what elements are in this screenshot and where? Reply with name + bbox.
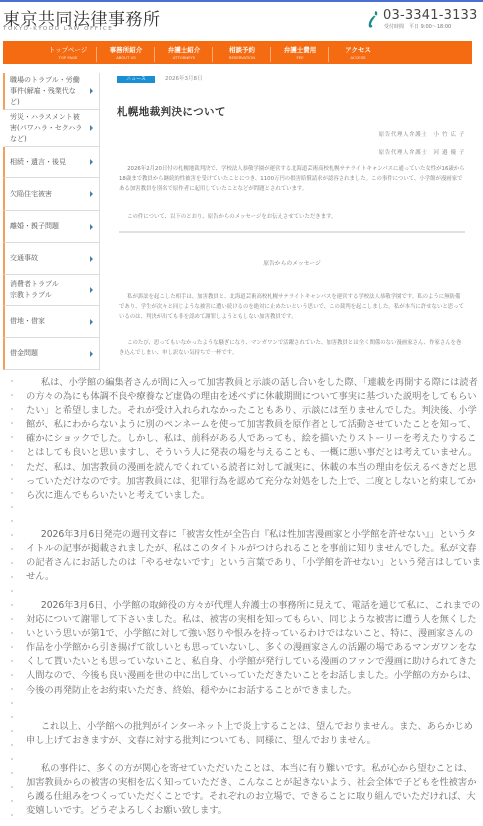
sidebar-item-divorce[interactable]: 離婚・親子問題 [3, 211, 100, 243]
sidebar-item-label: 交通事故 [10, 253, 38, 264]
nav-label: 弁護士費用 [271, 45, 329, 55]
sidebar-item-label: 借金問題 [10, 348, 38, 359]
post-date: 2026年3月8日 [165, 76, 203, 83]
sidebar-item-lease[interactable]: 借地・借家 [3, 306, 100, 338]
intro-paragraph: この件について、以下のとおり、原告からのメッセージをお伝えさせていただきます。 [119, 212, 465, 222]
sidebar-item-labor[interactable]: 職場のトラブル・労働事件(解雇・残業代など) [3, 73, 100, 110]
practice-area-sidebar: 職場のトラブル・労働事件(解雇・残業代など) 労災・ハラスメント被害(パワハラ・… [3, 73, 100, 370]
nav-label: トップページ [39, 45, 97, 55]
sidebar-item-inheritance[interactable]: 相続・遺言・後見 [3, 147, 100, 178]
enlarged-message-paragraph: 私は、小学館の編集者さんが間に入って加害教員と示談の話し合いをした際、「連載を再… [26, 376, 481, 503]
site-logo-subtitle: TOKYO-KYODO LAW OFFICE [3, 26, 113, 32]
nav-reservation[interactable]: 相談予約 RESERVATION [213, 45, 271, 61]
chevron-right-icon [90, 319, 93, 325]
enlarged-message-paragraph: 私の事件に、多くの方が関心を寄せていただいたことは、本当に有り難いです。私が心か… [26, 762, 481, 818]
phone-hours: 受付時間 平日 9:00〜18:00 [384, 23, 451, 30]
chevron-right-icon [90, 256, 93, 262]
enlarged-message-paragraph: 2026年3月6日発売の週刊文春に「被害女性が全告白『私は性加害漫画家と小学館を… [26, 528, 481, 584]
nav-sublabel: RESERVATION [213, 55, 271, 61]
enlarged-message-paragraph: 2026年3月6日、小学館の取締役の方々が代理人弁護士の事務所に見えて、電話を通… [26, 599, 481, 698]
sidebar-item-consumer-trouble[interactable]: 消費者トラブル宗教トラブル [3, 275, 100, 306]
nav-sublabel: TOP PAGE [39, 55, 97, 61]
divider [119, 231, 465, 233]
chevron-right-icon [90, 125, 93, 131]
nav-top-page[interactable]: トップページ TOP PAGE [39, 45, 97, 61]
nav-access[interactable]: アクセス ACCESS [329, 45, 387, 61]
nav-label: 相談予約 [213, 45, 271, 55]
sidebar-item-label: 欠陥住宅被害 [10, 189, 52, 200]
intro-paragraph: 2026年2月20日付の札幌地裁判決で、学校法人恭敬学園が運営する北海道芸術高校… [119, 164, 465, 194]
phone-icon [368, 10, 378, 28]
chevron-right-icon [90, 351, 93, 357]
nav-label: アクセス [329, 45, 387, 55]
sidebar-item-label: 借地・借家 [10, 316, 45, 327]
chevron-right-icon [90, 159, 93, 165]
message-heading: 原告からのメッセージ [117, 258, 467, 267]
category-badge[interactable]: ニュース [117, 76, 155, 83]
chevron-right-icon [90, 287, 93, 293]
chevron-right-icon [90, 224, 93, 230]
nav-attorneys[interactable]: 弁護士紹介 ATTORNEYS [155, 45, 213, 61]
sidebar-item-harassment[interactable]: 労災・ハラスメント被害(パワハラ・セクハラなど) [3, 110, 100, 147]
nav-about-us[interactable]: 事務所紹介 ABOUT US [97, 45, 155, 61]
nav-sublabel: ACCESS [329, 55, 387, 61]
sidebar-item-label: 消費者トラブル宗教トラブル [10, 279, 64, 301]
sidebar-item-label: 職場のトラブル・労働事件(解雇・残業代など) [10, 75, 85, 108]
nav-fee[interactable]: 弁護士費用 FEE [271, 45, 329, 61]
site-header: 東京共同法律事務所 TOKYO-KYODO LAW OFFICE 03-3341… [0, 2, 483, 38]
nav-sublabel: FEE [271, 55, 329, 61]
sidebar-item-label: 相続・遺言・後見 [10, 157, 66, 168]
signatory: 原告代理人弁護士 河 邉 優 子 [379, 148, 465, 156]
sidebar-item-label: 離婚・親子問題 [10, 221, 59, 232]
sidebar-item-label: 労災・ハラスメント被害(パワハラ・セクハラなど) [10, 112, 85, 145]
enlarged-message-paragraph: これ以上、小学館への批判がインターネット上で炎上することは、望んでおりません。ま… [26, 720, 481, 748]
sidebar-item-traffic-accident[interactable]: 交通事故 [3, 243, 100, 275]
sidebar-item-debt[interactable]: 借金問題 [3, 338, 100, 370]
signatory: 原告代理人弁護士 小 竹 広 子 [379, 130, 465, 138]
nav-label: 事務所紹介 [97, 45, 155, 55]
message-paragraph: このたび、思ってもいなかったような騒ぎになり、マンガワンで活躍されていた、加害教… [119, 338, 465, 358]
main-nav: トップページ TOP PAGE 事務所紹介 ABOUT US 弁護士紹介 ATT… [3, 41, 472, 64]
chevron-right-icon [90, 88, 93, 94]
sidebar-item-defective-housing[interactable]: 欠陥住宅被害 [3, 178, 100, 211]
nav-sublabel: ABOUT US [97, 55, 155, 61]
margin-dots [11, 380, 14, 826]
nav-sublabel: ATTORNEYS [155, 55, 213, 61]
nav-label: 弁護士紹介 [155, 45, 213, 55]
phone-number[interactable]: 03-3341-3133 [383, 8, 478, 23]
message-paragraph: 私が訴訟を起こした相手は、加害教員と、北海道芸術高校札幌サテライトキャンパスを運… [119, 292, 465, 322]
chevron-right-icon [90, 191, 93, 197]
page-title: 札幌地裁判決について [117, 104, 226, 119]
